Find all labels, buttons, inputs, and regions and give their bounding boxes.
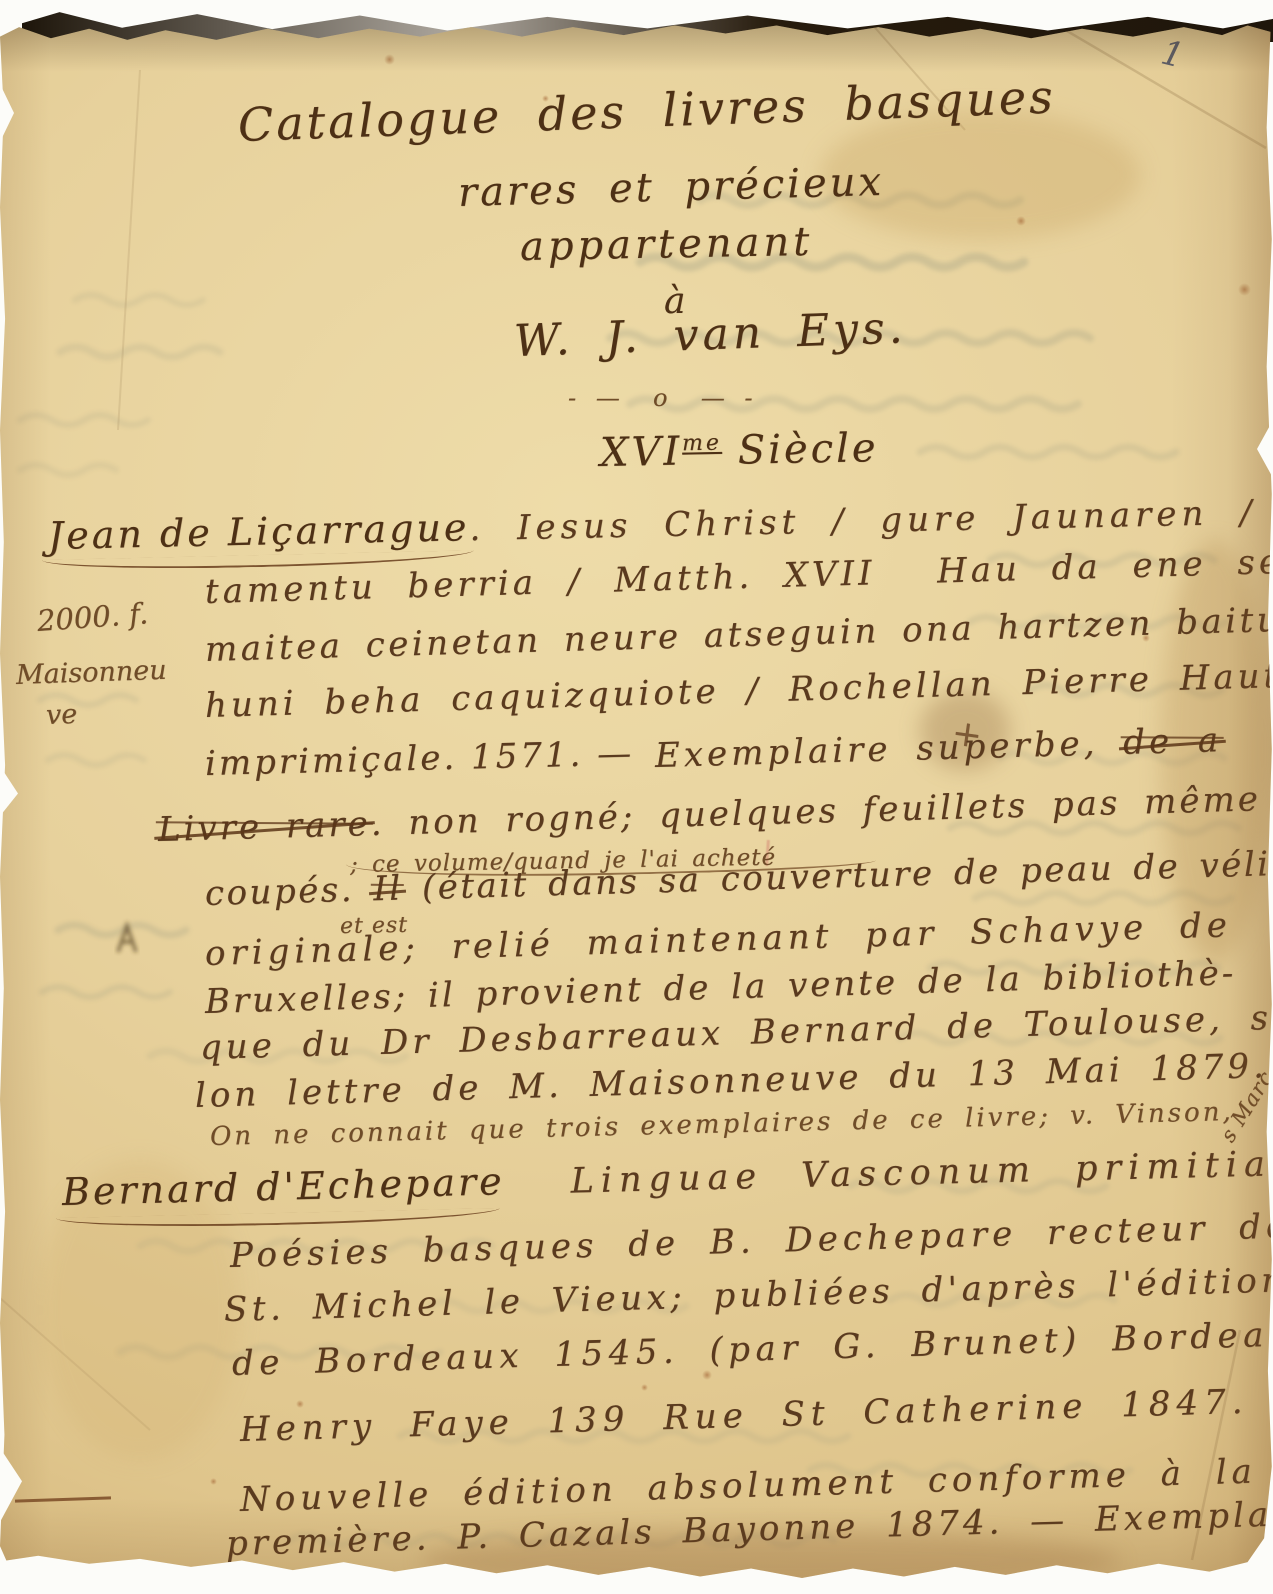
entry1-heading: Jean de Liçarrague: [48, 505, 470, 558]
margin-name-note-1: Maisonneu: [15, 655, 167, 691]
entry2-line-5: Henry Faye 139 Rue St Catherine 1847. —: [239, 1380, 1273, 1450]
foxing-spot: [1016, 216, 1026, 226]
title-line-1: Catalogue des livres basques: [237, 69, 1056, 152]
foxing-spot: [210, 1478, 217, 1485]
margin-price-note: 2000. f.: [36, 596, 149, 638]
title-owner-name: W. J. van Eys.: [513, 302, 907, 367]
entry1-line5-text: Exemplaire superbe,: [654, 723, 1123, 776]
page-number: 1: [1157, 33, 1188, 77]
margin-dash-mark: [15, 1496, 111, 1502]
century-numeral: XVI: [600, 429, 683, 476]
entry1-line5-struck-text: de a: [1123, 720, 1223, 763]
entry2-line1-rest: Linguae Vasconum primitiae.: [570, 1143, 1273, 1201]
entry1-line6-struck-text: Livre rare: [157, 804, 371, 850]
title-divider-flourish: - — o — -: [568, 384, 758, 412]
entry1-line-3: maitea ceinetan neure atseguin ona hartz…: [204, 599, 1273, 670]
title-line-3: appartenant: [520, 219, 814, 270]
manuscript-scan: 1 Catalogue des livres basques rares et …: [0, 0, 1273, 1594]
entry1-line1-rest: . Iesus Christ / gure Jaunaren / tes: [469, 491, 1273, 550]
entry1-line-6: Livre rare. non rogné; quelques feuillet…: [157, 779, 1261, 850]
century-superscript: me: [682, 431, 722, 457]
title-century-line: XVIme Siècle: [600, 425, 879, 476]
ink-offset-smudge: [118, 926, 136, 952]
entry1-line7-struck-text: Il: [373, 868, 403, 909]
century-word: Siècle: [722, 425, 879, 474]
foxing-spot: [702, 1370, 712, 1380]
margin-name-note-2: ve: [45, 699, 77, 731]
foxing-spot: [296, 1400, 304, 1408]
title-line-2: rares et précieux: [457, 159, 884, 216]
paper-sheet: 1 Catalogue des livres basques rares et …: [0, 0, 1273, 1594]
entry1-line6-text: . non rogné; quelques feuillets pas même: [370, 779, 1261, 844]
entry2-heading: Bernard d'Echepare: [61, 1159, 505, 1214]
entry1-line7-pre: coupés.: [204, 869, 373, 914]
entry1-line-5-left: imprimiçale. 1571. —: [205, 734, 635, 784]
foxing-spot: [641, 1384, 648, 1391]
foxing-spot: [1238, 283, 1251, 296]
entry1-line-5-right: Exemplaire superbe, de a: [654, 720, 1222, 776]
foxing-spot: [384, 54, 395, 65]
